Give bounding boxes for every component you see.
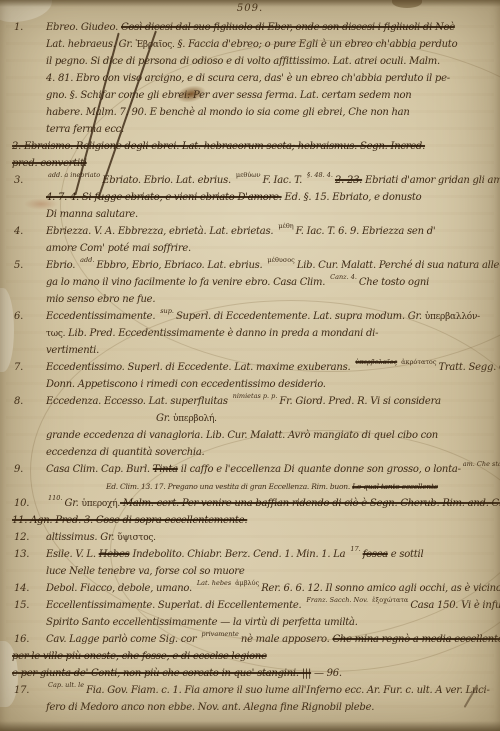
text-segment: eccedenza di quantità soverchia. [46, 447, 204, 458]
manuscript-line: 4.Ebriezza. V. A. Ebbrezza, ebrietà. Lat… [46, 223, 494, 240]
text-segment: Indebolito. Chiabr. Berz. Cend. 1. Min. … [130, 549, 349, 560]
interlinear-note: privamente [201, 630, 239, 638]
struck-segment: 2. 23. [335, 175, 362, 186]
struck-segment: Tinta [153, 464, 178, 475]
manuscript-line: fero di Medoro anco non ebbe. Nov. ant. … [46, 699, 494, 716]
text-segment: il caffo e l'eccellenza Di quante donne … [178, 464, 461, 475]
text-segment: vertimenti. [46, 345, 99, 356]
struck-segment: e per giunta de' Conti, non più che corc… [12, 668, 311, 679]
text-segment: luce Nelle tenebre va, forse col so muor… [46, 566, 245, 577]
text-segment: Fia. Gov. Fiam. c. 1. Fia amore il suo l… [86, 685, 490, 696]
text-segment: Eccedentissimo. Superl. di Eccedente. La… [46, 362, 353, 373]
struck-segment: Lo qual tanto eccellente [352, 482, 438, 491]
text-segment: Lib. Cur. Malatt. Perché di sua natura a… [297, 260, 500, 271]
entry-number: 14. [14, 580, 29, 597]
text-segment: e sottil [388, 549, 424, 560]
text-segment: Eccedentissimamente. [46, 311, 158, 322]
interlinear-note: nimietas p. p. [233, 392, 278, 400]
manuscript-line: 6.Eccedentissimamente. sup.Superl. di Ec… [46, 308, 494, 325]
page-edge [0, 721, 500, 731]
manuscript-line: Ed. Clim. 13. 17. Pregano una vestita di… [106, 478, 494, 495]
entry-number: 15. [14, 597, 29, 614]
manuscript-line: 7.Eccedentissimo. Superl. di Eccedente. … [46, 359, 494, 376]
text-segment: Ebrio. [46, 260, 78, 271]
entry-number: 1. [14, 19, 23, 36]
struck-segment: 11. Agn. Pred. 3. Cose di sopra eccellen… [12, 515, 247, 526]
struck-segment: Che mina regnò a media eccellente. [332, 634, 500, 645]
manuscript-line: 11. Agn. Pred. 3. Cose di sopra eccellen… [12, 512, 494, 529]
struck-segment: Segn. Cherub. Rim. and. Clem. [370, 498, 500, 509]
greek-term: ὕψιστος. [117, 533, 156, 543]
text-segment: §. Faccia d'ebreo; o pure Egli è un ebre… [175, 39, 458, 50]
manuscript-line: Spirito Santo eccellentissimamente — la … [46, 614, 494, 631]
entry-number: 6. [14, 308, 23, 325]
manuscript-line: 14.Debol. Fiacco, debole, umano. Lat. he… [46, 580, 494, 597]
text-segment: Superl. di Eccedentemente. Lat. supra mo… [176, 311, 425, 322]
text-segment: Di manna salutare. [46, 209, 138, 220]
manuscript-line: 15.Eccellentissimamente. Superlat. di Ec… [46, 597, 494, 614]
text-segment: fero di Medoro anco non ebbe. Nov. ant. … [46, 702, 374, 713]
interlinear-note: am. Che sta ben solo [463, 460, 500, 468]
entry-number: 12. [14, 529, 29, 546]
interlinear-note: 110. [48, 494, 62, 502]
greek-gloss: μέθη [278, 222, 293, 230]
text-segment: il pegno. Si dice di persona di odioso e… [46, 56, 440, 67]
text-segment: Donn. Appetiscono i rimedi con eccedenti… [46, 379, 326, 390]
manuscript-line: 4. 81. Ebro con viso arcigno, e di scura… [46, 70, 494, 87]
manuscript-line: 1.Ebreo. Giudeo. Così dicesi dal suo fig… [46, 19, 494, 36]
manuscript-line: 13.Esile. V. L. Hebes Indebolito. Chiabr… [46, 546, 494, 563]
text-segment: Ebriato. Ebrio. Lat. ebrius. [102, 175, 234, 186]
greek-term: Ἑβραῖος. [136, 40, 175, 50]
entry-number: 5. [14, 257, 23, 274]
manuscript-line: 10.110.Gr. ὑπεροχή. Malm. cert. Per veni… [46, 495, 494, 512]
text-segment: Casa Clim. Cap. Burl. [46, 464, 153, 475]
manuscript-line: 16.Cav. Lagge parlò come Sig. cor privam… [46, 631, 494, 648]
entry-number: 9. [14, 461, 23, 478]
manuscript-line: 2. Ebraismo. Religione degli ebrei. Lat.… [12, 138, 494, 155]
text-segment: Gr. [156, 413, 173, 424]
manuscript-line: grande eccedenza di vanagloria. Lib. Cur… [46, 427, 494, 444]
manuscript-line: Donn. Appetiscono i rimedi con eccedenti… [46, 376, 494, 393]
interlinear-note: 17. [350, 545, 360, 553]
entry-number: 8. [14, 393, 23, 410]
manuscript-line: gno. §. Schifar come gli ebrei: Per aver… [46, 87, 494, 104]
entry-number: 3. [14, 172, 23, 189]
manuscript-line: 3.add. a inebriatoEbriato. Ebrio. Lat. e… [46, 172, 494, 189]
text-segment: amore Com' poté mai soffrire. [46, 243, 191, 254]
text-segment: Che tosto ogni [359, 277, 429, 288]
text-segment: Lib. Pred. Eccedentissimamente è danno i… [65, 328, 378, 339]
text-segment: grande eccedenza di vanagloria. Lib. Cur… [46, 430, 438, 441]
entry-number: 16. [14, 631, 29, 648]
manuscript-line: eccedenza di quantità soverchia. [46, 444, 494, 461]
manuscript-line: τως. Lib. Pred. Eccedentissimamente è da… [46, 325, 494, 342]
text-segment: Ebbro, Ebrio, Ebriaco. Lat. ebrius. [96, 260, 265, 271]
greek-gloss: ἀκρότατος [401, 358, 436, 366]
interlinear-note: add. a inebriato [48, 171, 100, 179]
struck-segment: 4. 7. 4. Si fugge ebriato, e vieni ebria… [46, 192, 282, 203]
struck-segment: Malm. cert. Per venire una baffian riden… [120, 498, 370, 509]
manuscript-line: 5.Ebrio. add.Ebbro, Ebrio, Ebriaco. Lat.… [46, 257, 494, 274]
struck-segment: 2. Ebraismo. Religione degli ebrei. Lat.… [12, 141, 425, 152]
struck-interlinear-note: ὑπερβολαῖος [355, 358, 397, 366]
text-segment: nè male apposero. [241, 634, 333, 645]
manuscript-line: terra ferma ecc. [46, 121, 494, 138]
entry-number: 17. [14, 682, 29, 699]
interlinear-note: §. 48. 4. [307, 171, 333, 179]
text-segment: F. Iac. T. 6. 9. Ebriezza sen d' [296, 226, 436, 237]
interlinear-note: add. [80, 256, 94, 264]
text-segment: — 96. [311, 668, 342, 679]
manuscript-line: 4. 7. 4. Si fugge ebriato, e vieni ebria… [46, 189, 494, 206]
text-segment: Ed. §. 15. Ebriato, e donusto [282, 192, 422, 203]
text-segment: Spirito Santo eccellentissimamente — la … [46, 617, 358, 628]
text-segment: Lat. hebraeus. Gr. [46, 39, 136, 50]
entry-number: 13. [14, 546, 29, 563]
struck-segment: Così dicesi dal suo figliuolo di Eber, o… [121, 22, 455, 33]
interlinear-note: sup. [160, 307, 174, 315]
manuscript-line: Gr. ὑπερβολή. [156, 410, 494, 427]
greek-term: ὑπεροχή. [82, 499, 120, 509]
struck-segment: Hebes [99, 549, 130, 560]
greek-term: τως. [46, 329, 65, 339]
manuscript-line: 8.Eccedenza. Eccesso. Lat. superfluitas … [46, 393, 494, 410]
manuscript-line: 12.altissimus. Gr. ὕψιστος. [46, 529, 494, 546]
text-segment: Casa 150. Vi è infuso dallo [410, 600, 500, 611]
manuscript-line: vertimenti. [46, 342, 494, 359]
greek-gloss: μεθύων [236, 171, 261, 179]
interlinear-note: Cap. ult. le [48, 681, 84, 689]
manuscript-line: 17.Cap. ult. leFia. Gov. Fiam. c. 1. Fia… [46, 682, 494, 699]
text-segment: habere. Malm. 7. 90. E benchè al mondo i… [46, 107, 410, 118]
entry-number: 7. [14, 359, 23, 376]
text-segment: Rer. 6. 6. 12. Il sonno amico agli occhi… [261, 583, 500, 594]
struck-segment: pred. convertiti [12, 158, 87, 169]
text-segment: altissimus. Gr. [46, 532, 117, 543]
text-segment: mio senso ebro ne fue. [46, 294, 155, 305]
text-segment: Ebreo. Giudeo. [46, 22, 121, 33]
text-segment: Eccellentissimamente. Superlat. di Eccel… [46, 600, 304, 611]
greek-term: ὑπερβολή. [173, 414, 217, 424]
text-segment: ga lo mano il vino facilmente lo fa veni… [46, 277, 328, 288]
text-segment: terra ferma ecc. [46, 124, 124, 135]
entry-number: 10. [14, 495, 29, 512]
struck-segment: fosca [363, 549, 388, 560]
manuscript-line: luce Nelle tenebre va, forse col so muor… [46, 563, 494, 580]
text-segment: Debol. Fiacco, debole, umano. [46, 583, 195, 594]
tear-mark [0, 288, 14, 372]
text-segment: Esile. V. L. [46, 549, 99, 560]
text-segment: F. Iac. T. [263, 175, 305, 186]
text-segment: Ed. Clim. 13. 17. Pregano una vestita di… [106, 482, 352, 491]
text-segment: Eccedenza. Eccesso. Lat. superfluitas [46, 396, 231, 407]
manuscript-line: habere. Malm. 7. 90. E benchè al mondo i… [46, 104, 494, 121]
interlinear-note: Canz. 4. [330, 273, 357, 281]
manuscript-line: 9.Casa Clim. Cap. Burl. Tinta il caffo e… [46, 461, 494, 478]
manuscript-line: amore Com' poté mai soffrire. [46, 240, 494, 257]
text-segment: Ebriezza. V. A. Ebbrezza, ebrietà. Lat. … [46, 226, 276, 237]
text-segment: Gr. [64, 498, 81, 509]
text-segment: Cav. Lagge parlò come Sig. cor [46, 634, 199, 645]
text-segment: Ebriati d'amor gridan gli amanti — [362, 175, 500, 186]
manuscript-line: ga lo mano il vino facilmente lo fa veni… [46, 274, 494, 291]
greek-gloss: ἀμβλύς [235, 579, 259, 587]
manuscript-text-block: 1.Ebreo. Giudeo. Così dicesi dal suo fig… [46, 19, 494, 716]
manuscript-line: mio senso ebro ne fue. [46, 291, 494, 308]
entry-number: 4. [14, 223, 23, 240]
manuscript-line: e per giunta de' Conti, non più che corc… [12, 665, 494, 682]
page-edge [0, 0, 500, 7]
manuscript-line: per le ville più oneste, che fosse, e di… [12, 648, 494, 665]
text-segment: Tratt. Segg. Cose [438, 362, 500, 373]
struck-segment: per le ville più oneste, che fosse, e di… [12, 651, 267, 662]
greek-gloss: μέθυσος [267, 256, 294, 264]
manuscript-line: Di manna salutare. [46, 206, 494, 223]
manuscript-page: 509. 1.Ebreo. Giudeo. Così dicesi dal su… [0, 0, 500, 731]
greek-gloss: ἐξοχώτατα [372, 596, 408, 604]
text-segment: Fr. Giord. Pred. R. Vi si considera [279, 396, 440, 407]
interlinear-note: Lat. hebes [197, 579, 231, 587]
interlinear-note: Franz. Sacch. Nov. [306, 596, 368, 604]
greek-term: ὑπερβαλλόν- [425, 312, 480, 322]
